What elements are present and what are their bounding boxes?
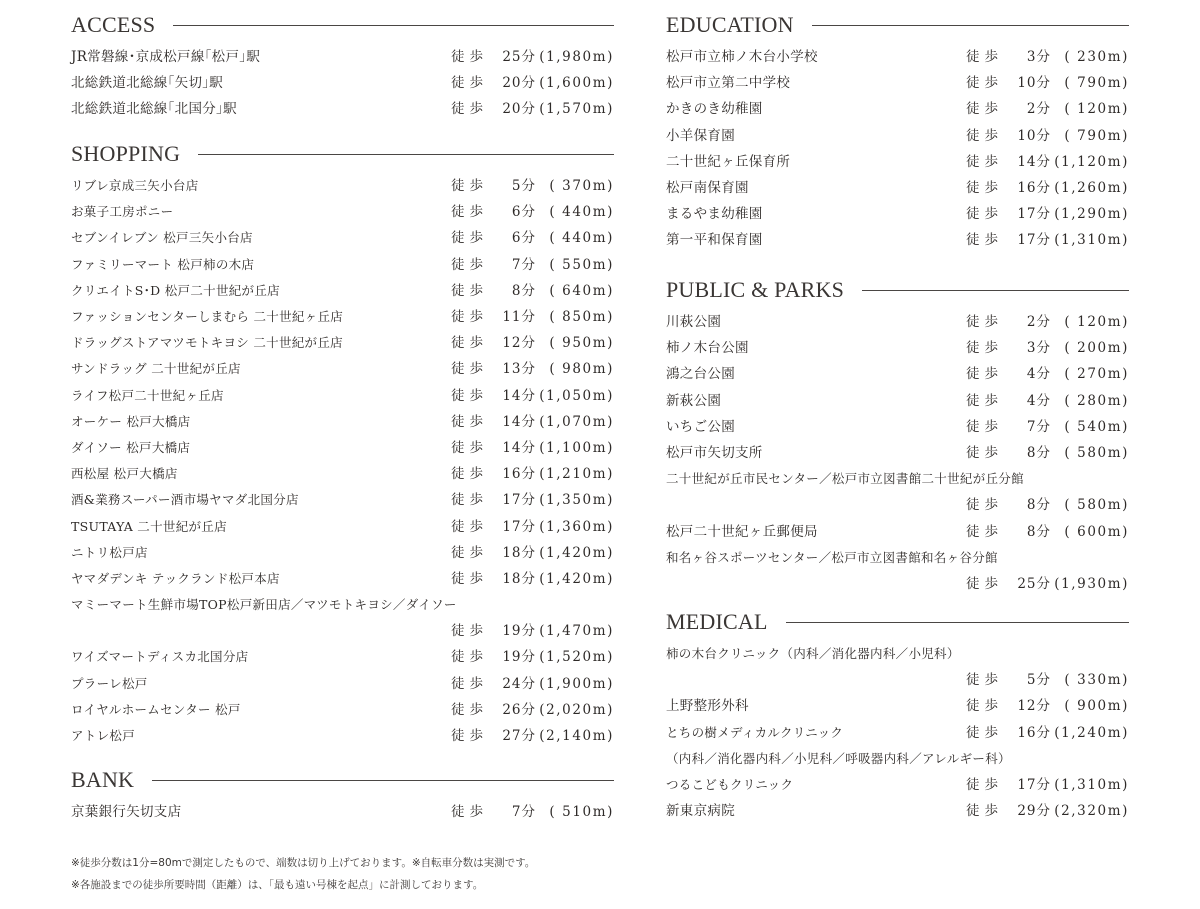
list-item-continuation: 徒歩8分( 580m) — [666, 492, 1129, 518]
facility-name: TSUTAYA 二十世紀が丘店 — [71, 514, 227, 540]
walk-minutes: 16分 — [1005, 175, 1051, 201]
walk-time: 徒歩10分( 790m) — [966, 123, 1129, 149]
facility-name: 第一平和保育園 — [666, 227, 763, 253]
walk-distance: ( 950m) — [536, 330, 614, 356]
walk-label: 徒歩 — [451, 330, 488, 356]
walk-distance: (1,310m) — [1051, 772, 1129, 798]
section-bank: BANK 京葉銀行矢切支店徒歩7分( 510m) — [71, 767, 614, 825]
facility-name: クリエイトS･D 松戸二十世紀が丘店 — [71, 278, 280, 304]
walk-time: 徒歩29分(2,320m) — [966, 798, 1129, 824]
section-divider — [152, 780, 614, 781]
walk-label: 徒歩 — [966, 693, 1003, 719]
walk-minutes: 8分 — [1005, 519, 1051, 545]
walk-minutes: 6分 — [490, 199, 536, 225]
walk-minutes: 19分 — [490, 644, 536, 670]
walk-distance: ( 980m) — [536, 356, 614, 382]
walk-minutes: 8分 — [1005, 492, 1051, 518]
list-item: 二十世紀が丘市民センター／松戸市立図書館二十世紀が丘分館 — [666, 466, 1129, 492]
walk-minutes: 14分 — [490, 383, 536, 409]
section-education: EDUCATION 松戸市立柿ノ木台小学校徒歩3分( 230m) 松戸市立第二中… — [666, 12, 1129, 254]
section-access: ACCESS JR常磐線･京成松戸線｢松戸｣駅 徒歩25分(1,980m) 北総… — [71, 12, 614, 123]
list-item: 京葉銀行矢切支店徒歩7分( 510m) — [71, 799, 614, 825]
walk-minutes: 7分 — [490, 799, 536, 825]
walk-time: 徒歩2分( 120m) — [966, 309, 1129, 335]
section-header: EDUCATION — [666, 12, 1129, 38]
walk-distance: (1,050m) — [536, 383, 614, 409]
walk-minutes: 16分 — [1005, 720, 1051, 746]
facility-name: 新萩公園 — [666, 388, 721, 414]
walk-minutes: 12分 — [1005, 693, 1051, 719]
footnotes: ※徒歩分数は1分=80mで測定したもので、端数は切り上げております。※自転車分数… — [71, 852, 535, 896]
walk-label: 徒歩 — [451, 799, 488, 825]
walk-minutes: 25分 — [490, 44, 536, 70]
list-item: ファッションセンターしまむら 二十世紀ヶ丘店徒歩11分( 850m) — [71, 304, 614, 330]
walk-time: 徒歩12分( 900m) — [966, 693, 1129, 719]
walk-label: 徒歩 — [451, 70, 488, 96]
list-item-continuation: 徒歩5分( 330m) — [666, 667, 1129, 693]
list-item: サンドラッグ 二十世紀が丘店徒歩13分( 980m) — [71, 356, 614, 382]
walk-minutes: 13分 — [490, 356, 536, 382]
facility-name: JR常磐線･京成松戸線｢松戸｣駅 — [71, 44, 260, 70]
walk-label: 徒歩 — [451, 356, 488, 382]
walk-minutes: 3分 — [1005, 335, 1051, 361]
walk-minutes: 20分 — [490, 96, 536, 122]
section-header: PUBLIC & PARKS — [666, 277, 1129, 303]
walk-time: 徒歩25分(1,980m) — [451, 44, 614, 70]
walk-distance: (1,360m) — [536, 514, 614, 540]
walk-time: 徒歩12分( 950m) — [451, 330, 614, 356]
walk-distance: ( 370m) — [536, 173, 614, 199]
section-title: EDUCATION — [666, 12, 794, 38]
walk-distance: ( 550m) — [536, 252, 614, 278]
section-header: BANK — [71, 767, 614, 793]
walk-time: 徒歩5分( 330m) — [966, 667, 1129, 693]
facility-list: 川萩公園徒歩2分( 120m) 柿ノ木台公園徒歩3分( 200m) 鴻之台公園徒… — [666, 309, 1129, 597]
section-public-parks: PUBLIC & PARKS 川萩公園徒歩2分( 120m) 柿ノ木台公園徒歩3… — [666, 277, 1129, 597]
facility-name: ヤマダデンキ テックランド松戸本店 — [71, 566, 280, 592]
walk-time: 徒歩8分( 640m) — [451, 278, 614, 304]
walk-distance: ( 330m) — [1051, 667, 1129, 693]
walk-time: 徒歩16分(1,240m) — [966, 720, 1129, 746]
facility-name: 松戸市立柿ノ木台小学校 — [666, 44, 818, 70]
section-title: ACCESS — [71, 12, 155, 38]
walk-distance: ( 120m) — [1051, 96, 1129, 122]
facility-name: ファッションセンターしまむら 二十世紀ヶ丘店 — [71, 304, 343, 330]
walk-label: 徒歩 — [451, 566, 488, 592]
facility-name: 和名ヶ谷スポーツセンター／松戸市立図書館和名ヶ谷分館 — [666, 545, 998, 571]
walk-label: 徒歩 — [451, 278, 488, 304]
walk-time: 徒歩7分( 510m) — [451, 799, 614, 825]
facility-name: ロイヤルホームセンター 松戸 — [71, 697, 241, 723]
walk-distance: (1,980m) — [536, 44, 614, 70]
walk-label: 徒歩 — [966, 667, 1003, 693]
walk-label: 徒歩 — [451, 44, 488, 70]
section-medical: MEDICAL 柿の木台クリニック（内科／消化器内科／小児科） 徒歩5分( 33… — [666, 609, 1129, 824]
list-item: TSUTAYA 二十世紀が丘店徒歩17分(1,360m) — [71, 513, 614, 539]
walk-time: 徒歩3分( 230m) — [966, 44, 1129, 70]
facility-name: 川萩公園 — [666, 309, 721, 335]
walk-time: 徒歩8分( 580m) — [966, 492, 1129, 518]
walk-time: 徒歩20分(1,570m) — [451, 96, 614, 122]
section-divider — [812, 25, 1129, 26]
walk-distance: ( 790m) — [1051, 123, 1129, 149]
walk-label: 徒歩 — [451, 697, 488, 723]
facility-name: ニトリ松戸店 — [71, 540, 148, 566]
walk-distance: ( 850m) — [536, 304, 614, 330]
walk-distance: (1,120m) — [1051, 149, 1129, 175]
walk-label: 徒歩 — [966, 440, 1003, 466]
walk-minutes: 10分 — [1005, 123, 1051, 149]
walk-label: 徒歩 — [451, 383, 488, 409]
list-item: 上野整形外科徒歩12分( 900m) — [666, 693, 1129, 719]
walk-label: 徒歩 — [966, 70, 1003, 96]
list-item: 二十世紀ヶ丘保育所徒歩14分(1,120m) — [666, 149, 1129, 175]
walk-minutes: 16分 — [490, 461, 536, 487]
walk-label: 徒歩 — [966, 388, 1003, 414]
list-item: かきのき幼稚園徒歩2分( 120m) — [666, 96, 1129, 122]
walk-label: 徒歩 — [966, 361, 1003, 387]
walk-distance: (1,420m) — [536, 540, 614, 566]
walk-distance: ( 280m) — [1051, 388, 1129, 414]
walk-time: 徒歩19分(1,470m) — [451, 618, 614, 644]
walk-time: 徒歩24分(1,900m) — [451, 671, 614, 697]
footnote: ※各施設までの徒歩所要時間（距離）は、「最も遠い号棟を起点」に計測しております。 — [71, 874, 535, 896]
walk-minutes: 25分 — [1005, 571, 1051, 597]
list-item: とちの樹メディカルクリニック徒歩16分(1,240m) — [666, 720, 1129, 746]
walk-label: 徒歩 — [966, 227, 1003, 253]
facility-name: 上野整形外科 — [666, 693, 749, 719]
facility-name: 新東京病院 — [666, 798, 735, 824]
walk-distance: ( 230m) — [1051, 44, 1129, 70]
facility-list: リブレ京成三矢小台店徒歩5分( 370m) お菓子工房ポニー徒歩6分( 440m… — [71, 173, 614, 749]
walk-distance: (1,100m) — [536, 435, 614, 461]
walk-time: 徒歩7分( 550m) — [451, 252, 614, 278]
facility-name: 小羊保育園 — [666, 123, 735, 149]
walk-time: 徒歩2分( 120m) — [966, 96, 1129, 122]
section-divider — [862, 290, 1129, 291]
facility-name: 京葉銀行矢切支店 — [71, 799, 181, 825]
list-item: 和名ヶ谷スポーツセンター／松戸市立図書館和名ヶ谷分館 — [666, 545, 1129, 571]
walk-label: 徒歩 — [451, 540, 488, 566]
facility-list: 柿の木台クリニック（内科／消化器内科／小児科） 徒歩5分( 330m) 上野整形… — [666, 641, 1129, 824]
list-item: いちご公園徒歩7分( 540m) — [666, 414, 1129, 440]
facility-name: プラーレ松戸 — [71, 671, 148, 697]
walk-label: 徒歩 — [966, 772, 1003, 798]
walk-label: 徒歩 — [451, 435, 488, 461]
walk-minutes: 14分 — [490, 409, 536, 435]
walk-distance: (1,420m) — [536, 566, 614, 592]
list-item: ライフ松戸二十世紀ヶ丘店徒歩14分(1,050m) — [71, 383, 614, 409]
facility-name: ダイソー 松戸大橋店 — [71, 435, 190, 461]
walk-time: 徒歩13分( 980m) — [451, 356, 614, 382]
facility-name: ワイズマートディスカ北国分店 — [71, 644, 248, 670]
walk-label: 徒歩 — [966, 519, 1003, 545]
list-item: つるこどもクリニック徒歩17分(1,310m) — [666, 772, 1129, 798]
walk-distance: ( 270m) — [1051, 361, 1129, 387]
section-divider — [173, 25, 614, 26]
facility-name: 酒&業務スーパー酒市場ヤマダ北国分店 — [71, 487, 299, 513]
list-item: 川萩公園徒歩2分( 120m) — [666, 309, 1129, 335]
list-item: ロイヤルホームセンター 松戸徒歩26分(2,020m) — [71, 697, 614, 723]
list-item: アトレ松戸徒歩27分(2,140m) — [71, 723, 614, 749]
facility-name: ライフ松戸二十世紀ヶ丘店 — [71, 383, 224, 409]
facility-name: 二十世紀が丘市民センター／松戸市立図書館二十世紀が丘分館 — [666, 466, 1024, 492]
walk-label: 徒歩 — [966, 44, 1003, 70]
walk-distance: (1,930m) — [1051, 571, 1129, 597]
walk-minutes: 14分 — [1005, 149, 1051, 175]
facility-name: ファミリーマート 松戸柿の木店 — [71, 252, 254, 278]
facility-name: とちの樹メディカルクリニック — [666, 720, 843, 746]
walk-time: 徒歩7分( 540m) — [966, 414, 1129, 440]
walk-distance: (1,470m) — [536, 618, 614, 644]
section-header: SHOPPING — [71, 141, 614, 167]
walk-distance: ( 900m) — [1051, 693, 1129, 719]
walk-distance: (2,020m) — [536, 697, 614, 723]
walk-distance: ( 580m) — [1051, 492, 1129, 518]
walk-minutes: 2分 — [1005, 96, 1051, 122]
walk-time: 徒歩18分(1,420m) — [451, 566, 614, 592]
walk-label: 徒歩 — [966, 798, 1003, 824]
list-item: ダイソー 松戸大橋店徒歩14分(1,100m) — [71, 435, 614, 461]
walk-time: 徒歩18分(1,420m) — [451, 540, 614, 566]
facility-name: マミーマート生鮮市場TOP松戸新田店／マツモトキヨシ／ダイソー — [71, 592, 457, 618]
list-item: オーケー 松戸大橋店徒歩14分(1,070m) — [71, 409, 614, 435]
list-item: 新萩公園徒歩4分( 280m) — [666, 388, 1129, 414]
facility-name: 鴻之台公園 — [666, 361, 735, 387]
list-item: 新東京病院徒歩29分(2,320m) — [666, 798, 1129, 824]
walk-label: 徒歩 — [966, 414, 1003, 440]
list-item: 鴻之台公園徒歩4分( 270m) — [666, 361, 1129, 387]
walk-minutes: 10分 — [1005, 70, 1051, 96]
walk-minutes: 4分 — [1005, 388, 1051, 414]
walk-time: 徒歩8分( 580m) — [966, 440, 1129, 466]
list-item: 松戸市矢切支所徒歩8分( 580m) — [666, 440, 1129, 466]
list-item-continuation: 徒歩25分(1,930m) — [666, 571, 1129, 597]
walk-label: 徒歩 — [451, 304, 488, 330]
walk-label: 徒歩 — [451, 199, 488, 225]
section-divider — [786, 622, 1129, 623]
list-item: 柿ノ木台公園徒歩3分( 200m) — [666, 335, 1129, 361]
list-item: リブレ京成三矢小台店徒歩5分( 370m) — [71, 173, 614, 199]
walk-time: 徒歩6分( 440m) — [451, 225, 614, 251]
walk-distance: (1,210m) — [536, 461, 614, 487]
walk-distance: (1,240m) — [1051, 720, 1129, 746]
walk-distance: (1,900m) — [536, 671, 614, 697]
list-item: プラーレ松戸徒歩24分(1,900m) — [71, 671, 614, 697]
walk-distance: ( 510m) — [536, 799, 614, 825]
walk-minutes: 11分 — [490, 304, 536, 330]
facility-name: いちご公園 — [666, 414, 735, 440]
walk-time: 徒歩19分(1,520m) — [451, 644, 614, 670]
walk-time: 徒歩17分(1,310m) — [966, 772, 1129, 798]
walk-minutes: 19分 — [490, 618, 536, 644]
walk-minutes: 27分 — [490, 723, 536, 749]
facility-departments: （内科／消化器内科／小児科／呼吸器内科／アレルギー科） — [666, 746, 1011, 772]
facility-name: セブンイレブン 松戸三矢小台店 — [71, 225, 253, 251]
walk-distance: ( 200m) — [1051, 335, 1129, 361]
facility-list: 松戸市立柿ノ木台小学校徒歩3分( 230m) 松戸市立第二中学校徒歩10分( 7… — [666, 44, 1129, 254]
footnote: ※徒歩分数は1分=80mで測定したもので、端数は切り上げております。※自転車分数… — [71, 852, 535, 874]
walk-minutes: 14分 — [490, 435, 536, 461]
walk-label: 徒歩 — [451, 461, 488, 487]
section-title: MEDICAL — [666, 609, 768, 635]
walk-distance: ( 120m) — [1051, 309, 1129, 335]
facility-list: 京葉銀行矢切支店徒歩7分( 510m) — [71, 799, 614, 825]
list-item-continuation: 徒歩19分(1,470m) — [71, 618, 614, 644]
walk-distance: (1,070m) — [536, 409, 614, 435]
walk-minutes: 4分 — [1005, 361, 1051, 387]
list-item: クリエイトS･D 松戸二十世紀が丘店徒歩8分( 640m) — [71, 278, 614, 304]
walk-minutes: 3分 — [1005, 44, 1051, 70]
list-item-subline: （内科／消化器内科／小児科／呼吸器内科／アレルギー科） — [666, 746, 1129, 772]
walk-label: 徒歩 — [451, 96, 488, 122]
walk-minutes: 2分 — [1005, 309, 1051, 335]
list-item: ヤマダデンキ テックランド松戸本店徒歩18分(1,420m) — [71, 566, 614, 592]
section-title: PUBLIC & PARKS — [666, 277, 844, 303]
walk-minutes: 17分 — [490, 487, 536, 513]
facility-name: 柿ノ木台公園 — [666, 335, 749, 361]
walk-time: 徒歩8分( 600m) — [966, 519, 1129, 545]
facility-name: 松戸二十世紀ヶ丘郵便局 — [666, 519, 818, 545]
list-item: マミーマート生鮮市場TOP松戸新田店／マツモトキヨシ／ダイソー — [71, 592, 614, 618]
walk-distance: ( 640m) — [536, 278, 614, 304]
walk-minutes: 7分 — [490, 252, 536, 278]
walk-label: 徒歩 — [966, 309, 1003, 335]
walk-distance: (1,570m) — [536, 96, 614, 122]
walk-label: 徒歩 — [451, 409, 488, 435]
list-item: ニトリ松戸店徒歩18分(1,420m) — [71, 540, 614, 566]
walk-time: 徒歩17分(1,360m) — [451, 514, 614, 540]
walk-label: 徒歩 — [966, 149, 1003, 175]
list-item: ワイズマートディスカ北国分店徒歩19分(1,520m) — [71, 644, 614, 670]
walk-time: 徒歩17分(1,350m) — [451, 487, 614, 513]
walk-time: 徒歩14分(1,120m) — [966, 149, 1129, 175]
section-title: SHOPPING — [71, 141, 180, 167]
walk-label: 徒歩 — [451, 173, 488, 199]
walk-minutes: 20分 — [490, 70, 536, 96]
facility-name: まるやま幼稚園 — [666, 201, 763, 227]
walk-distance: (1,600m) — [536, 70, 614, 96]
list-item: 松戸市立第二中学校徒歩10分( 790m) — [666, 70, 1129, 96]
walk-label: 徒歩 — [966, 720, 1003, 746]
walk-minutes: 8分 — [490, 278, 536, 304]
walk-time: 徒歩14分(1,100m) — [451, 435, 614, 461]
walk-label: 徒歩 — [966, 335, 1003, 361]
walk-label: 徒歩 — [451, 618, 488, 644]
list-item: 酒&業務スーパー酒市場ヤマダ北国分店徒歩17分(1,350m) — [71, 487, 614, 513]
facility-list: JR常磐線･京成松戸線｢松戸｣駅 徒歩25分(1,980m) 北総鉄道北総線｢矢… — [71, 44, 614, 123]
facility-name: ドラッグストアマツモトキヨシ 二十世紀が丘店 — [71, 330, 343, 356]
walk-minutes: 17分 — [1005, 227, 1051, 253]
list-item: ファミリーマート 松戸柿の木店徒歩7分( 550m) — [71, 252, 614, 278]
walk-minutes: 17分 — [1005, 201, 1051, 227]
list-item: 北総鉄道北総線｢北国分｣駅 徒歩20分(1,570m) — [71, 96, 614, 122]
list-item: 柿の木台クリニック（内科／消化器内科／小児科） — [666, 641, 1129, 667]
facility-name: 松戸南保育園 — [666, 175, 749, 201]
walk-label: 徒歩 — [451, 252, 488, 278]
walk-label: 徒歩 — [966, 96, 1003, 122]
facility-name: サンドラッグ 二十世紀が丘店 — [71, 356, 241, 382]
walk-minutes: 5分 — [1005, 667, 1051, 693]
list-item: 第一平和保育園徒歩17分(1,310m) — [666, 227, 1129, 253]
facility-name: リブレ京成三矢小台店 — [71, 173, 199, 199]
facility-name: かきのき幼稚園 — [666, 96, 763, 122]
walk-distance: (1,350m) — [536, 487, 614, 513]
walk-label: 徒歩 — [451, 644, 488, 670]
walk-minutes: 24分 — [490, 671, 536, 697]
list-item: 北総鉄道北総線｢矢切｣駅 徒歩20分(1,600m) — [71, 70, 614, 96]
walk-distance: ( 440m) — [536, 199, 614, 225]
facility-name: 柿の木台クリニック（内科／消化器内科／小児科） — [666, 641, 960, 667]
section-header: MEDICAL — [666, 609, 1129, 635]
walk-time: 徒歩26分(2,020m) — [451, 697, 614, 723]
walk-minutes: 12分 — [490, 330, 536, 356]
list-item: 松戸南保育園徒歩16分(1,260m) — [666, 175, 1129, 201]
list-item: 松戸市立柿ノ木台小学校徒歩3分( 230m) — [666, 44, 1129, 70]
walk-label: 徒歩 — [451, 723, 488, 749]
walk-minutes: 18分 — [490, 540, 536, 566]
walk-distance: ( 580m) — [1051, 440, 1129, 466]
facility-name: 北総鉄道北総線｢矢切｣駅 — [71, 70, 223, 96]
walk-time: 徒歩10分( 790m) — [966, 70, 1129, 96]
walk-distance: (2,320m) — [1051, 798, 1129, 824]
walk-label: 徒歩 — [966, 175, 1003, 201]
walk-label: 徒歩 — [451, 487, 488, 513]
walk-minutes: 17分 — [1005, 772, 1051, 798]
walk-distance: ( 790m) — [1051, 70, 1129, 96]
facility-name: 二十世紀ヶ丘保育所 — [666, 149, 790, 175]
walk-time: 徒歩5分( 370m) — [451, 173, 614, 199]
facility-name: お菓子工房ポニー — [71, 199, 173, 225]
walk-time: 徒歩14分(1,050m) — [451, 383, 614, 409]
section-shopping: SHOPPING リブレ京成三矢小台店徒歩5分( 370m) お菓子工房ポニー徒… — [71, 141, 614, 749]
facility-name: オーケー 松戸大橋店 — [71, 409, 190, 435]
walk-time: 徒歩4分( 270m) — [966, 361, 1129, 387]
walk-minutes: 6分 — [490, 225, 536, 251]
walk-time: 徒歩16分(1,260m) — [966, 175, 1129, 201]
walk-distance: ( 600m) — [1051, 519, 1129, 545]
section-title: BANK — [71, 767, 134, 793]
facility-name: つるこどもクリニック — [666, 772, 793, 798]
walk-minutes: 7分 — [1005, 414, 1051, 440]
walk-minutes: 17分 — [490, 514, 536, 540]
walk-label: 徒歩 — [451, 225, 488, 251]
list-item: 小羊保育園徒歩10分( 790m) — [666, 123, 1129, 149]
walk-distance: (1,260m) — [1051, 175, 1129, 201]
list-item: お菓子工房ポニー徒歩6分( 440m) — [71, 199, 614, 225]
walk-time: 徒歩27分(2,140m) — [451, 723, 614, 749]
walk-distance: ( 440m) — [536, 225, 614, 251]
walk-time: 徒歩4分( 280m) — [966, 388, 1129, 414]
walk-time: 徒歩11分( 850m) — [451, 304, 614, 330]
walk-label: 徒歩 — [451, 514, 488, 540]
list-item: ドラッグストアマツモトキヨシ 二十世紀が丘店徒歩12分( 950m) — [71, 330, 614, 356]
walk-time: 徒歩17分(1,290m) — [966, 201, 1129, 227]
list-item: 松戸二十世紀ヶ丘郵便局徒歩8分( 600m) — [666, 519, 1129, 545]
list-item: JR常磐線･京成松戸線｢松戸｣駅 徒歩25分(1,980m) — [71, 44, 614, 70]
walk-time: 徒歩20分(1,600m) — [451, 70, 614, 96]
walk-distance: (2,140m) — [536, 723, 614, 749]
facility-name: 北総鉄道北総線｢北国分｣駅 — [71, 96, 237, 122]
list-item: 西松屋 松戸大橋店徒歩16分(1,210m) — [71, 461, 614, 487]
walk-time: 徒歩16分(1,210m) — [451, 461, 614, 487]
facility-name: 松戸市立第二中学校 — [666, 70, 790, 96]
walk-minutes: 5分 — [490, 173, 536, 199]
section-divider — [198, 154, 614, 155]
walk-minutes: 8分 — [1005, 440, 1051, 466]
walk-label: 徒歩 — [966, 571, 1003, 597]
walk-distance: (1,520m) — [536, 644, 614, 670]
